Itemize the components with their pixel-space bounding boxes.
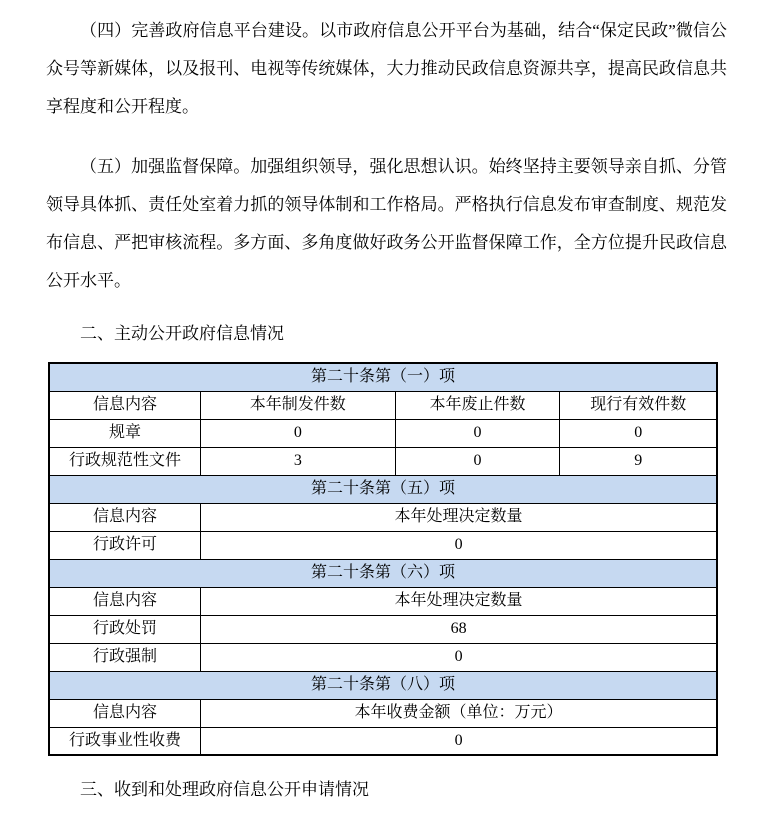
table-row: 信息内容本年处理决定数量 [49,587,717,615]
table-section-row: 第二十条第（六）项 [49,559,717,587]
table-row: 信息内容本年制发件数本年废止件数现行有效件数 [49,391,717,419]
table-cell-label: 行政强制 [49,643,201,671]
table-section-band: 第二十条第（五）项 [49,475,717,503]
table-section-row: 第二十条第（八）项 [49,671,717,699]
table-row: 行政许可0 [49,531,717,559]
table-row: 行政事业性收费0 [49,727,717,755]
table-cell-label: 行政处罚 [49,615,201,643]
table-cell-value: 本年废止件数 [395,391,560,419]
table-cell-label: 信息内容 [49,587,201,615]
table-cell-value: 本年收费金额（单位：万元） [201,699,717,727]
section-heading-proactive-disclosure: 二、主动公开政府信息情况 [46,322,727,346]
disclosure-statistics-table: 第二十条第（一）项信息内容本年制发件数本年废止件数现行有效件数规章000行政规范… [48,362,718,756]
table-cell-label: 信息内容 [49,699,201,727]
table-section-row: 第二十条第（五）项 [49,475,717,503]
table-cell-value: 本年处理决定数量 [201,587,717,615]
table-cell-label: 行政规范性文件 [49,447,201,475]
table-row: 行政规范性文件309 [49,447,717,475]
table-cell-value: 本年制发件数 [201,391,395,419]
table-row: 信息内容本年处理决定数量 [49,503,717,531]
table-cell-value: 3 [201,447,395,475]
table-cell-value: 现行有效件数 [560,391,717,419]
table-cell-label: 信息内容 [49,503,201,531]
table-section-band: 第二十条第（六）项 [49,559,717,587]
table-cell-value: 0 [201,727,717,755]
table-cell-value: 0 [395,419,560,447]
table-row: 行政处罚68 [49,615,717,643]
table-cell-value: 0 [201,419,395,447]
table-cell-value: 0 [201,643,717,671]
table-section-row: 第二十条第（一）项 [49,363,717,391]
table-row: 行政强制0 [49,643,717,671]
table-section-band: 第二十条第（一）项 [49,363,717,391]
paragraph-item-4: （四）完善政府信息平台建设。以市政府信息公开平台为基础，结合“保定民政”微信公众… [46,12,727,126]
table-row: 信息内容本年收费金额（单位：万元） [49,699,717,727]
table-cell-value: 9 [560,447,717,475]
table-cell-label: 信息内容 [49,391,201,419]
table-row: 规章000 [49,419,717,447]
table-section-band: 第二十条第（八）项 [49,671,717,699]
table-cell-value: 0 [201,531,717,559]
table-cell-label: 行政许可 [49,531,201,559]
table-cell-value: 0 [395,447,560,475]
paragraph-item-5: （五）加强监督保障。加强组织领导，强化思想认识。始终坚持主要领导亲自抓、分管领导… [46,148,727,300]
section-heading-request-handling: 三、收到和处理政府信息公开申请情况 [46,778,727,802]
document-page: （四）完善政府信息平台建设。以市政府信息公开平台为基础，结合“保定民政”微信公众… [0,0,772,802]
table-cell-value: 本年处理决定数量 [201,503,717,531]
table-cell-value: 0 [560,419,717,447]
table-cell-label: 规章 [49,419,201,447]
table-cell-value: 68 [201,615,717,643]
table-cell-label: 行政事业性收费 [49,727,201,755]
